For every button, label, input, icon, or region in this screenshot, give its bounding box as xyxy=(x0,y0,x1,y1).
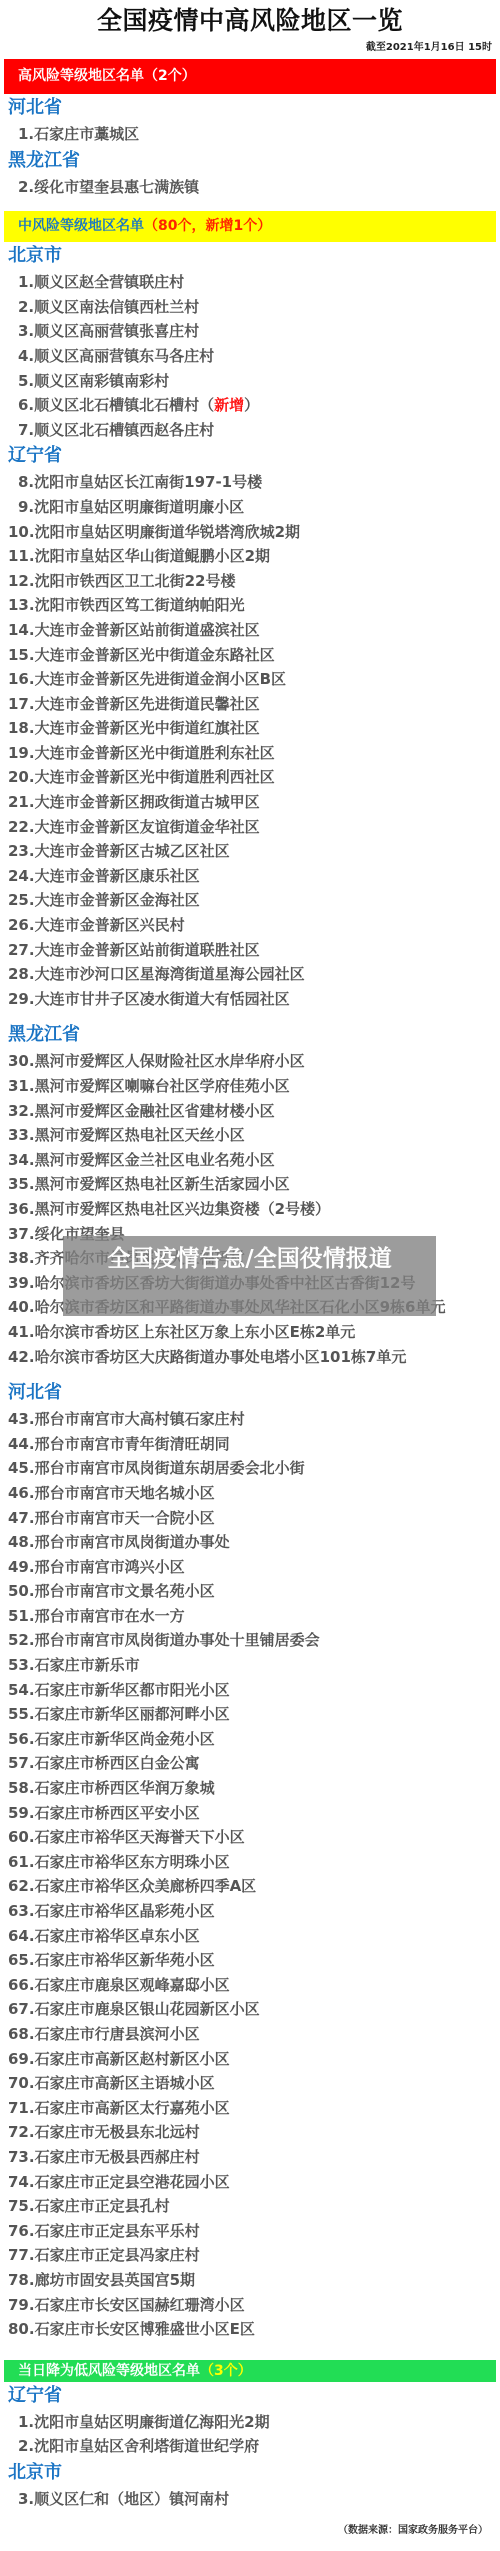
list-item-text: 71.石家庄市高新区太行嘉苑小区 xyxy=(8,2099,230,2117)
list-item-text: 53.石家庄市新乐市 xyxy=(8,1656,140,1674)
list-item: 76.石家庄市正定县东平乐村 xyxy=(0,2219,500,2244)
list-item-text: 47.邢台市南宫市天一合院小区 xyxy=(8,1509,215,1527)
list-item: 5.顺义区南彩镇南彩村 xyxy=(0,369,500,394)
as-of-timestamp: 截至2021年1月16日 15时 xyxy=(0,42,500,55)
list-item-text: 48.邢台市南宫市凤岗街道办事处 xyxy=(8,1533,230,1551)
list-item-text: 61.石家庄市裕华区东方明珠小区 xyxy=(8,1853,230,1871)
list-item-text: 67.石家庄市鹿泉区银山花园新区小区 xyxy=(8,2000,260,2018)
list-item: 9.沈阳市皇姑区明廉街道明廉小区 xyxy=(0,495,500,520)
province-heading: 河北省 xyxy=(0,1379,500,1407)
list-item-text: 43.邢台市南宫市大高村镇石家庄村 xyxy=(8,1410,245,1428)
mid-risk-count: （80个，新增1个） xyxy=(144,218,271,234)
list-item: 60.石家庄市裕华区天海誉天下小区 xyxy=(0,1825,500,1850)
list-item-text: 45.邢台市南宫市凤岗街道东胡居委会北小街 xyxy=(8,1459,305,1477)
list-item-text: 58.石家庄市桥西区华润万象城 xyxy=(8,1779,215,1797)
list-item: 10.沈阳市皇姑区明廉街道华锐塔湾欣城2期 xyxy=(0,520,500,545)
list-item-text: 16.大连市金普新区先进街道金润小区B区 xyxy=(8,670,286,688)
list-item-text: 30.黑河市爱辉区人保财险社区水岸华府小区 xyxy=(8,1052,305,1070)
list-item: 70.石家庄市高新区主语城小区 xyxy=(0,2071,500,2096)
list-item-text: 5.顺义区南彩镇南彩村 xyxy=(18,372,169,390)
list-item-text: 14.大连市金普新区站前街道盛滨社区 xyxy=(8,621,260,639)
list-item-text: 25.大连市金普新区金海社区 xyxy=(8,891,200,909)
list-item: 59.石家庄市桥西区平安小区 xyxy=(0,1801,500,1826)
list-item: 11.沈阳市皇姑区华山街道鲲鹏小区2期 xyxy=(0,544,500,569)
list-item: 20.大连市金普新区光中街道胜利西社区 xyxy=(0,765,500,790)
list-item-text: 12.沈阳市铁西区卫工北街22号楼 xyxy=(8,572,235,590)
list-item-text: 13.沈阳市铁西区笃工街道纳帕阳光 xyxy=(8,596,245,614)
list-item: 49.邢台市南宫市鸿兴小区 xyxy=(0,1555,500,1580)
list-item: 15.大连市金普新区光中街道金东路社区 xyxy=(0,643,500,668)
risk-area-list-page: 全国疫情中高风险地区一览 截至2021年1月16日 15时 高风险等级地区名单（… xyxy=(0,0,500,2541)
list-item-text: 49.邢台市南宫市鸿兴小区 xyxy=(8,1558,185,1576)
low-risk-label: 当日降为低风险等级地区名单 xyxy=(18,2363,200,2379)
list-item: 45.邢台市南宫市凤岗街道东胡居委会北小街 xyxy=(0,1456,500,1481)
list-item: 2.顺义区南法信镇西杜兰村 xyxy=(0,295,500,320)
list-item: 43.邢台市南宫市大高村镇石家庄村 xyxy=(0,1407,500,1432)
list-item: 53.石家庄市新乐市 xyxy=(0,1653,500,1678)
list-item-text: 66.石家庄市鹿泉区观峰嘉邸小区 xyxy=(8,1976,230,1994)
list-item-text: 9.沈阳市皇姑区明廉街道明廉小区 xyxy=(18,498,244,516)
list-item-text: 59.石家庄市桥西区平安小区 xyxy=(8,1804,200,1822)
list-item-text: 27.大连市金普新区站前街道联胜社区 xyxy=(8,941,260,959)
list-item: 1.沈阳市皇姑区明廉街道亿海阳光2期 xyxy=(0,2410,500,2435)
list-item: 54.石家庄市新华区都市阳光小区 xyxy=(0,1678,500,1703)
list-item: 13.沈阳市铁西区笃工街道纳帕阳光 xyxy=(0,593,500,618)
list-item: 72.石家庄市无极县东北远村 xyxy=(0,2120,500,2145)
list-item: 26.大连市金普新区兴民村 xyxy=(0,913,500,938)
list-item: 75.石家庄市正定县孔村 xyxy=(0,2194,500,2219)
list-item: 50.邢台市南宫市文景名苑小区 xyxy=(0,1579,500,1604)
list-item-text: 51.邢台市南宫市在水一方 xyxy=(8,1607,185,1625)
list-item: 7.顺义区北石槽镇西赵各庄村 xyxy=(0,418,500,443)
mid-risk-header: 中风险等级地区名单（80个，新增1个） xyxy=(4,211,496,242)
list-item-text: 55.石家庄市新华区丽都河畔小区 xyxy=(8,1705,230,1723)
list-item-text: 20.大连市金普新区光中街道胜利西社区 xyxy=(8,768,275,786)
list-item-text: 44.邢台市南宫市青年街清旺胡同 xyxy=(8,1435,230,1453)
list-item-text: 73.石家庄市无极县西郝庄村 xyxy=(8,2148,200,2166)
spacer xyxy=(0,1369,500,1379)
list-item: 18.大连市金普新区光中街道红旗社区 xyxy=(0,716,500,741)
list-item: 28.大连市沙河口区星海湾街道星海公园社区 xyxy=(0,962,500,987)
list-item-text: 1.顺义区赵全营镇联庄村 xyxy=(18,273,184,291)
list-item: 51.邢台市南宫市在水一方 xyxy=(0,1604,500,1629)
list-item-text: 41.哈尔滨市香坊区上东社区万象上东小区E栋2单元 xyxy=(8,1323,355,1341)
list-item: 19.大连市金普新区光中街道胜利东社区 xyxy=(0,741,500,766)
list-item-text: 69.石家庄市高新区赵村新区小区 xyxy=(8,2050,230,2068)
high-risk-count: （2个） xyxy=(144,68,196,84)
list-item: 66.石家庄市鹿泉区观峰嘉邸小区 xyxy=(0,1973,500,1998)
list-item: 68.石家庄市行唐县滨河小区 xyxy=(0,2022,500,2047)
list-item: 32.黑河市爱辉区金融社区省建材楼小区 xyxy=(0,1099,500,1124)
list-item-text: 21.大连市金普新区拥政街道古城甲区 xyxy=(8,793,260,811)
list-item: 24.大连市金普新区康乐社区 xyxy=(0,864,500,889)
watermark-overlay: 全国疫情告急/全国役情报道 xyxy=(63,1236,436,1316)
list-item: 48.邢台市南宫市凤岗街道办事处 xyxy=(0,1530,500,1555)
paren-close: ） xyxy=(244,396,259,414)
list-item-text: 50.邢台市南宫市文景名苑小区 xyxy=(8,1582,215,1600)
low-risk-list: 辽宁省1.沈阳市皇姑区明廉街道亿海阳光2期2.沈阳市皇姑区舍利塔街道世纪学府北京… xyxy=(0,2382,500,2512)
list-item-text: 33.黑河市爱辉区热电社区天丝小区 xyxy=(8,1126,245,1144)
list-item-text: 78.廊坊市固安县英国宫5期 xyxy=(8,2271,195,2289)
list-item-text: 54.石家庄市新华区都市阳光小区 xyxy=(8,1681,230,1699)
list-item-text: 64.石家庄市裕华区卓东小区 xyxy=(8,1927,200,1945)
list-item: 80.石家庄市长安区博雅盛世小区E区 xyxy=(0,2317,500,2342)
list-item: 62.石家庄市裕华区众美廊桥四季A区 xyxy=(0,1874,500,1899)
list-item: 74.石家庄市正定县空港花园小区 xyxy=(0,2170,500,2195)
list-item-text: 74.石家庄市正定县空港花园小区 xyxy=(8,2173,230,2191)
list-item: 3.顺义区高丽营镇张喜庄村 xyxy=(0,319,500,344)
list-item-text: 62.石家庄市裕华区众美廊桥四季A区 xyxy=(8,1877,256,1895)
list-item-text: 32.黑河市爱辉区金融社区省建材楼小区 xyxy=(8,1102,275,1120)
list-item: 3.顺义区仁和（地区）镇河南村 xyxy=(0,2487,500,2512)
high-risk-label: 高风险等级地区名单 xyxy=(18,68,144,84)
list-item: 2.沈阳市皇姑区舍利塔街道世纪学府 xyxy=(0,2434,500,2459)
province-heading: 北京市 xyxy=(0,242,500,270)
list-item: 35.黑河市爱辉区热电社区新生活家园小区 xyxy=(0,1172,500,1197)
list-item: 27.大连市金普新区站前街道联胜社区 xyxy=(0,938,500,963)
list-item: 25.大连市金普新区金海社区 xyxy=(0,888,500,913)
province-heading: 北京市 xyxy=(0,2459,500,2487)
list-item-text: 26.大连市金普新区兴民村 xyxy=(8,916,185,934)
list-item-text: 36.黑河市爱辉区热电社区兴边集资楼（2号楼） xyxy=(8,1200,330,1218)
list-item: 4.顺义区高丽营镇东马各庄村 xyxy=(0,344,500,369)
list-item-text: 57.石家庄市桥西区白金公寓 xyxy=(8,1754,200,1772)
list-item: 34.黑河市爱辉区金兰社区电业名苑小区 xyxy=(0,1148,500,1173)
data-source-note: （数据来源：国家政务服务平台） xyxy=(0,2521,500,2541)
list-item: 29.大连市甘井子区凌水街道大有恬园社区 xyxy=(0,987,500,1012)
list-item: 57.石家庄市桥西区白金公寓 xyxy=(0,1751,500,1776)
list-item: 30.黑河市爱辉区人保财险社区水岸华府小区 xyxy=(0,1049,500,1074)
list-item-text: 7.顺义区北石槽镇西赵各庄村 xyxy=(18,421,214,439)
list-item-text: 63.石家庄市裕华区晶彩苑小区 xyxy=(8,1902,215,1920)
mid-risk-label: 中风险等级地区名单 xyxy=(18,218,144,234)
list-item-text: 24.大连市金普新区康乐社区 xyxy=(8,867,200,885)
list-item-text: 76.石家庄市正定县东平乐村 xyxy=(8,2222,200,2240)
list-item-text: 6.顺义区北石槽镇北石槽村 xyxy=(18,396,199,414)
new-badge: 新增 xyxy=(214,396,244,414)
list-item-text: 65.石家庄市裕华区新华苑小区 xyxy=(8,1951,215,1969)
list-item: 67.石家庄市鹿泉区银山花园新区小区 xyxy=(0,1997,500,2022)
list-item: 58.石家庄市桥西区华润万象城 xyxy=(0,1776,500,1801)
page-title: 全国疫情中高风险地区一览 xyxy=(0,0,500,42)
list-item: 22.大连市金普新区友谊街道金华社区 xyxy=(0,815,500,840)
list-item-text: 18.大连市金普新区光中街道红旗社区 xyxy=(8,719,260,737)
list-item-text: 1.沈阳市皇姑区明廉街道亿海阳光2期 xyxy=(18,2413,270,2431)
list-item-text: 1.石家庄市藁城区 xyxy=(18,125,139,143)
list-item: 69.石家庄市高新区赵村新区小区 xyxy=(0,2047,500,2072)
list-item: 73.石家庄市无极县西郝庄村 xyxy=(0,2145,500,2170)
province-heading: 黑龙江省 xyxy=(0,1021,500,1049)
list-item-text: 60.石家庄市裕华区天海誉天下小区 xyxy=(8,1828,245,1846)
list-item: 16.大连市金普新区先进街道金润小区B区 xyxy=(0,667,500,692)
list-item: 79.石家庄市长安区国赫红珊湾小区 xyxy=(0,2293,500,2318)
list-item-text: 68.石家庄市行唐县滨河小区 xyxy=(8,2025,200,2043)
list-item-text: 35.黑河市爱辉区热电社区新生活家园小区 xyxy=(8,1175,290,1193)
list-item-text: 8.沈阳市皇姑区长江南街197-1号楼 xyxy=(18,473,262,491)
list-item-text: 2.沈阳市皇姑区舍利塔街道世纪学府 xyxy=(18,2437,259,2455)
list-item-text: 75.石家庄市正定县孔村 xyxy=(8,2197,170,2215)
high-risk-list: 河北省1.石家庄市藁城区黑龙江省2.绥化市望奎县惠七满族镇 xyxy=(0,94,500,199)
spacer xyxy=(0,1011,500,1021)
list-item: 1.顺义区赵全营镇联庄村 xyxy=(0,270,500,295)
list-item-text: 3.顺义区仁和（地区）镇河南村 xyxy=(18,2490,229,2508)
list-item-text: 4.顺义区高丽营镇东马各庄村 xyxy=(18,347,214,365)
list-item-text: 52.邢台市南宫市凤岗街道办事处十里铺居委会 xyxy=(8,1631,320,1649)
list-item-text: 72.石家庄市无极县东北远村 xyxy=(8,2123,200,2141)
list-item-text: 17.大连市金普新区先进街道民馨社区 xyxy=(8,695,260,713)
province-heading: 辽宁省 xyxy=(0,442,500,470)
list-item: 64.石家庄市裕华区卓东小区 xyxy=(0,1924,500,1949)
list-item-text: 31.黑河市爱辉区喇嘛台社区学府佳苑小区 xyxy=(8,1077,290,1095)
list-item: 14.大连市金普新区站前街道盛滨社区 xyxy=(0,618,500,643)
list-item-text: 10.沈阳市皇姑区明廉街道华锐塔湾欣城2期 xyxy=(8,523,300,541)
list-item: 47.邢台市南宫市天一合院小区 xyxy=(0,1506,500,1531)
list-item-text: 29.大连市甘井子区凌水街道大有恬园社区 xyxy=(8,990,290,1008)
list-item: 6.顺义区北石槽镇北石槽村（新增） xyxy=(0,393,500,418)
list-item: 17.大连市金普新区先进街道民馨社区 xyxy=(0,692,500,717)
list-item-text: 11.沈阳市皇姑区华山街道鲲鹏小区2期 xyxy=(8,547,270,565)
list-item: 46.邢台市南宫市天地名城小区 xyxy=(0,1481,500,1506)
list-item: 12.沈阳市铁西区卫工北街22号楼 xyxy=(0,569,500,594)
list-item-text: 46.邢台市南宫市天地名城小区 xyxy=(8,1484,215,1502)
list-item: 56.石家庄市新华区尚金苑小区 xyxy=(0,1727,500,1752)
province-heading: 黑龙江省 xyxy=(0,147,500,175)
low-risk-count: （3个） xyxy=(200,2363,252,2379)
list-item: 71.石家庄市高新区太行嘉苑小区 xyxy=(0,2096,500,2121)
list-item-text: 2.绥化市望奎县惠七满族镇 xyxy=(18,178,199,196)
list-item-text: 2.顺义区南法信镇西杜兰村 xyxy=(18,298,199,316)
list-item: 61.石家庄市裕华区东方明珠小区 xyxy=(0,1850,500,1875)
list-item-text: 19.大连市金普新区光中街道胜利东社区 xyxy=(8,744,275,762)
high-risk-header: 高风险等级地区名单（2个） xyxy=(4,59,496,94)
list-item: 44.邢台市南宫市青年街清旺胡同 xyxy=(0,1432,500,1457)
list-item: 55.石家庄市新华区丽都河畔小区 xyxy=(0,1702,500,1727)
list-item-text: 42.哈尔滨市香坊区大庆路街道办事处电塔小区101栋7单元 xyxy=(8,1348,406,1366)
list-item: 1.石家庄市藁城区 xyxy=(0,122,500,147)
list-item: 65.石家庄市裕华区新华苑小区 xyxy=(0,1948,500,1973)
list-item: 77.石家庄市正定县冯家庄村 xyxy=(0,2243,500,2268)
list-item-text: 77.石家庄市正定县冯家庄村 xyxy=(8,2246,200,2264)
list-item: 52.邢台市南宫市凤岗街道办事处十里铺居委会 xyxy=(0,1628,500,1653)
province-heading: 辽宁省 xyxy=(0,2382,500,2410)
list-item-text: 23.大连市金普新区古城乙区社区 xyxy=(8,842,230,860)
province-heading: 河北省 xyxy=(0,94,500,122)
list-item-text: 80.石家庄市长安区博雅盛世小区E区 xyxy=(8,2320,255,2338)
list-item-text: 70.石家庄市高新区主语城小区 xyxy=(8,2074,215,2092)
list-item: 8.沈阳市皇姑区长江南街197-1号楼 xyxy=(0,470,500,495)
list-item-text: 22.大连市金普新区友谊街道金华社区 xyxy=(8,818,260,836)
low-risk-header: 当日降为低风险等级地区名单（3个） xyxy=(4,2360,496,2382)
list-item-text: 34.黑河市爱辉区金兰社区电业名苑小区 xyxy=(8,1151,275,1169)
list-item: 41.哈尔滨市香坊区上东社区万象上东小区E栋2单元 xyxy=(0,1320,500,1345)
list-item-text: 56.石家庄市新华区尚金苑小区 xyxy=(8,1730,215,1748)
list-item-text: 15.大连市金普新区光中街道金东路社区 xyxy=(8,646,275,664)
list-item: 78.廊坊市固安县英国宫5期 xyxy=(0,2268,500,2293)
list-item: 21.大连市金普新区拥政街道古城甲区 xyxy=(0,790,500,815)
list-item: 63.石家庄市裕华区晶彩苑小区 xyxy=(0,1899,500,1924)
paren-open: （ xyxy=(199,396,214,414)
list-item: 33.黑河市爱辉区热电社区天丝小区 xyxy=(0,1123,500,1148)
list-item: 31.黑河市爱辉区喇嘛台社区学府佳苑小区 xyxy=(0,1074,500,1099)
list-item-text: 79.石家庄市长安区国赫红珊湾小区 xyxy=(8,2296,245,2314)
list-item-text: 28.大连市沙河口区星海湾街道星海公园社区 xyxy=(8,965,305,983)
list-item: 36.黑河市爱辉区热电社区兴边集资楼（2号楼） xyxy=(0,1197,500,1222)
list-item: 23.大连市金普新区古城乙区社区 xyxy=(0,839,500,864)
list-item: 42.哈尔滨市香坊区大庆路街道办事处电塔小区101栋7单元 xyxy=(0,1345,500,1370)
list-item: 2.绥化市望奎县惠七满族镇 xyxy=(0,175,500,200)
list-item-text: 3.顺义区高丽营镇张喜庄村 xyxy=(18,322,199,340)
